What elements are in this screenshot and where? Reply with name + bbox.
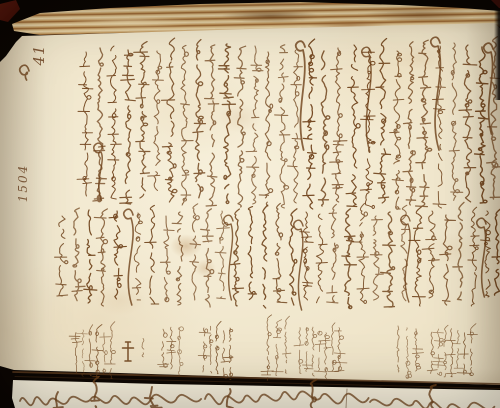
script-stroke — [94, 209, 107, 306]
script-stroke — [319, 51, 330, 206]
script-stroke — [162, 38, 177, 202]
script-stroke — [100, 333, 111, 380]
script-stroke — [445, 329, 456, 377]
script-stroke — [124, 209, 133, 305]
script-stroke — [397, 326, 399, 372]
script-stroke — [198, 328, 210, 378]
script-stroke — [120, 50, 136, 204]
manuscript-photo: 41 1504 — [0, 0, 500, 408]
script-stroke — [201, 209, 214, 307]
folio-number: 41 — [30, 44, 48, 66]
script-stroke — [219, 44, 236, 203]
script-stroke — [346, 45, 360, 207]
script-stroke — [72, 208, 85, 308]
script-stroke — [190, 204, 201, 300]
script-stroke — [177, 327, 183, 377]
script-stroke — [316, 214, 327, 309]
handwriting-ink-layer — [0, 0, 500, 408]
year-label: 1504 — [16, 163, 30, 203]
script-stroke — [403, 42, 416, 205]
script-stroke — [282, 316, 291, 373]
script-stroke — [91, 377, 99, 408]
script-stroke — [352, 203, 369, 303]
script-stroke — [215, 321, 221, 373]
script-stroke — [272, 320, 283, 376]
script-stroke — [477, 218, 486, 297]
script-stroke — [142, 338, 144, 359]
script-stroke — [20, 65, 29, 80]
script-stroke — [492, 208, 500, 301]
script-stroke — [294, 328, 304, 374]
script-stroke — [234, 46, 246, 207]
script-stroke — [422, 211, 439, 298]
script-stroke — [303, 327, 314, 371]
script-stroke — [205, 45, 219, 206]
script-stroke — [294, 220, 303, 310]
script-stroke — [77, 52, 93, 196]
script-stroke — [453, 330, 464, 373]
script-stroke — [109, 211, 126, 299]
script-stroke — [346, 389, 347, 408]
page-block-shadow — [494, 8, 500, 100]
script-stroke — [221, 331, 229, 378]
script-stroke — [69, 332, 82, 372]
script-stroke — [328, 323, 339, 375]
script-stroke — [453, 202, 464, 300]
script-stroke — [275, 45, 290, 208]
script-stroke — [148, 51, 164, 196]
script-stroke — [390, 51, 404, 209]
script-stroke — [342, 209, 357, 309]
script-stroke — [427, 332, 437, 373]
script-stroke — [105, 322, 116, 379]
script-stroke — [475, 47, 488, 203]
script-stroke — [360, 49, 375, 208]
script-stroke — [193, 40, 205, 205]
script-stroke — [374, 39, 391, 204]
script-stroke — [409, 207, 426, 306]
script-stroke — [467, 324, 477, 376]
script-stroke — [327, 204, 339, 303]
script-stroke — [261, 315, 274, 385]
script-stroke — [158, 329, 169, 369]
script-stroke — [84, 210, 97, 303]
script-stroke — [246, 46, 263, 204]
script-stroke — [259, 52, 272, 206]
script-stroke — [248, 207, 256, 305]
script-stroke — [181, 45, 193, 205]
script-stroke — [459, 45, 477, 208]
script-stroke — [132, 213, 142, 300]
script-stroke — [123, 342, 134, 361]
script-stroke — [231, 209, 244, 306]
script-stroke — [406, 328, 412, 379]
script-stroke — [167, 327, 176, 374]
script-stroke — [432, 329, 445, 378]
script-stroke — [134, 42, 150, 198]
script-stroke — [172, 212, 183, 305]
script-stroke — [412, 329, 423, 371]
script-stroke — [334, 328, 347, 372]
script-stroke — [20, 395, 201, 406]
script-stroke — [381, 212, 396, 307]
script-stroke — [289, 209, 297, 305]
script-stroke — [76, 330, 87, 377]
script-stroke — [55, 216, 68, 296]
script-stroke — [160, 216, 174, 302]
script-stroke — [107, 46, 121, 199]
script-stroke — [440, 215, 456, 305]
script-stroke — [370, 216, 383, 300]
script-stroke — [443, 325, 448, 377]
script-stroke — [416, 40, 432, 206]
script-stroke — [273, 203, 287, 308]
script-stroke — [145, 205, 159, 304]
script-stroke — [262, 205, 268, 308]
script-stroke — [330, 48, 347, 208]
script-stroke — [449, 43, 462, 205]
